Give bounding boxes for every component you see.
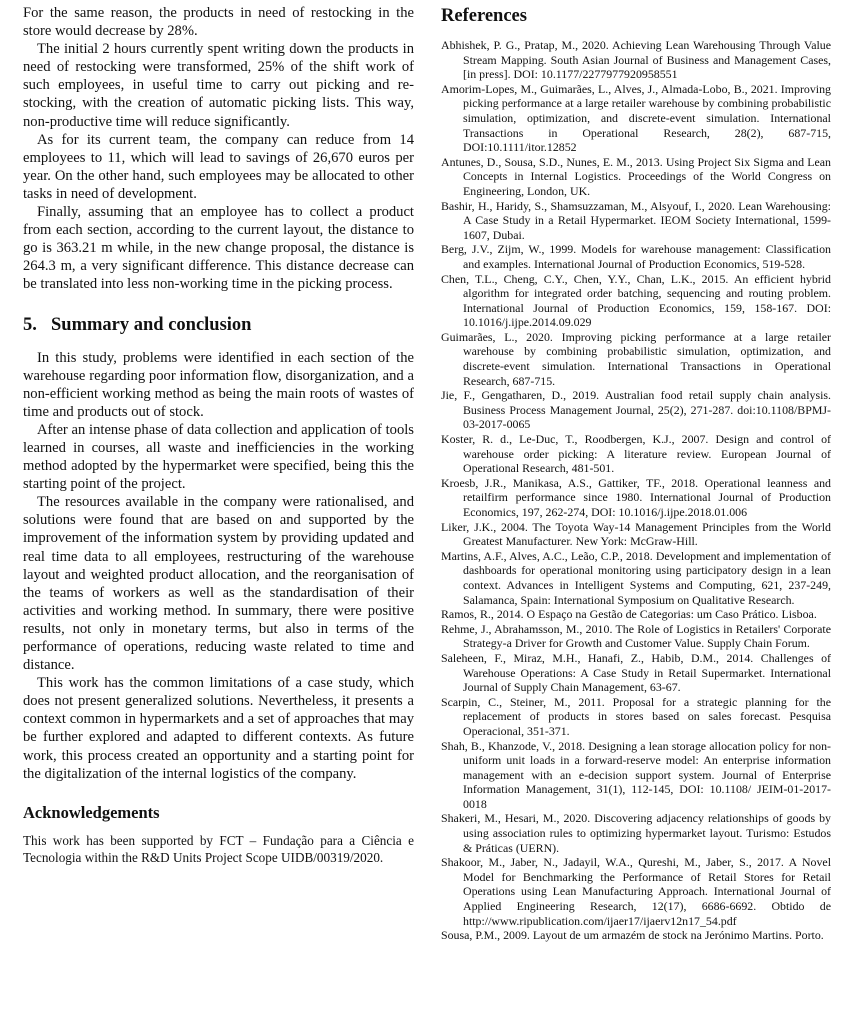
acknowledgements-text: This work has been supported by FCT – Fu… xyxy=(23,832,414,866)
reference-item: Guimarães, L., 2020. Improving picking p… xyxy=(441,330,831,388)
reference-item: Ramos, R., 2014. O Espaço na Gestão de C… xyxy=(441,607,831,622)
reference-item: Scarpin, C., Steiner, M., 2011. Proposal… xyxy=(441,695,831,739)
reference-item: Saleheen, F., Miraz, M.H., Hanafi, Z., H… xyxy=(441,651,831,695)
references-heading: References xyxy=(441,4,831,28)
reference-item: Berg, J.V., Zijm, W., 1999. Models for w… xyxy=(441,242,831,271)
left-column: For the same reason, the products in nee… xyxy=(23,4,414,866)
reference-item: Shah, B., Khanzode, V., 2018. Designing … xyxy=(441,739,831,812)
acknowledgements-heading: Acknowledgements xyxy=(23,803,414,823)
section-number: 5. xyxy=(23,314,51,336)
reference-item: Chen, T.L., Cheng, C.Y., Chen, Y.Y., Cha… xyxy=(441,272,831,330)
body-paragraph: The initial 2 hours currently spent writ… xyxy=(23,40,414,130)
section-title: Summary and conclusion xyxy=(51,315,251,335)
reference-item: Shakeri, M., Hesari, M., 2020. Discoveri… xyxy=(441,811,831,855)
conclusion-paragraph: In this study, problems were identified … xyxy=(23,349,414,421)
reference-item: Bashir, H., Haridy, S., Shamsuzzaman, M.… xyxy=(441,199,831,243)
reference-item: Shakoor, M., Jaber, N., Jadayil, W.A., Q… xyxy=(441,855,831,928)
reference-item: Antunes, D., Sousa, S.D., Nunes, E. M., … xyxy=(441,155,831,199)
reference-item: Rehme, J., Abrahamsson, M., 2010. The Ro… xyxy=(441,622,831,651)
reference-item: Kroesb, J.R., Manikasa, A.S., Gattiker, … xyxy=(441,476,831,520)
conclusion-paragraph: After an intense phase of data collectio… xyxy=(23,421,414,493)
references-column: References Abhishek, P. G., Pratap, M., … xyxy=(441,4,831,943)
section-heading: 5.Summary and conclusion xyxy=(23,314,414,336)
reference-item: Liker, J.K., 2004. The Toyota Way-14 Man… xyxy=(441,520,831,549)
body-paragraph: Finally, assuming that an employee has t… xyxy=(23,203,414,293)
reference-item: Koster, R. d., Le-Duc, T., Roodbergen, K… xyxy=(441,432,831,476)
reference-item: Abhishek, P. G., Pratap, M., 2020. Achie… xyxy=(441,38,831,82)
conclusion-paragraph: This work has the common limitations of … xyxy=(23,674,414,783)
reference-item: Sousa, P.M., 2009. Layout de um armazém … xyxy=(441,928,831,943)
body-paragraph: For the same reason, the products in nee… xyxy=(23,4,414,40)
body-paragraph: As for its current team, the company can… xyxy=(23,131,414,203)
reference-item: Martins, A.F., Alves, A.C., Leão, C.P., … xyxy=(441,549,831,607)
reference-item: Amorim-Lopes, M., Guimarães, L., Alves, … xyxy=(441,82,831,155)
conclusion-paragraph: The resources available in the company w… xyxy=(23,493,414,674)
reference-item: Jie, F., Gengatharen, D., 2019. Australi… xyxy=(441,388,831,432)
